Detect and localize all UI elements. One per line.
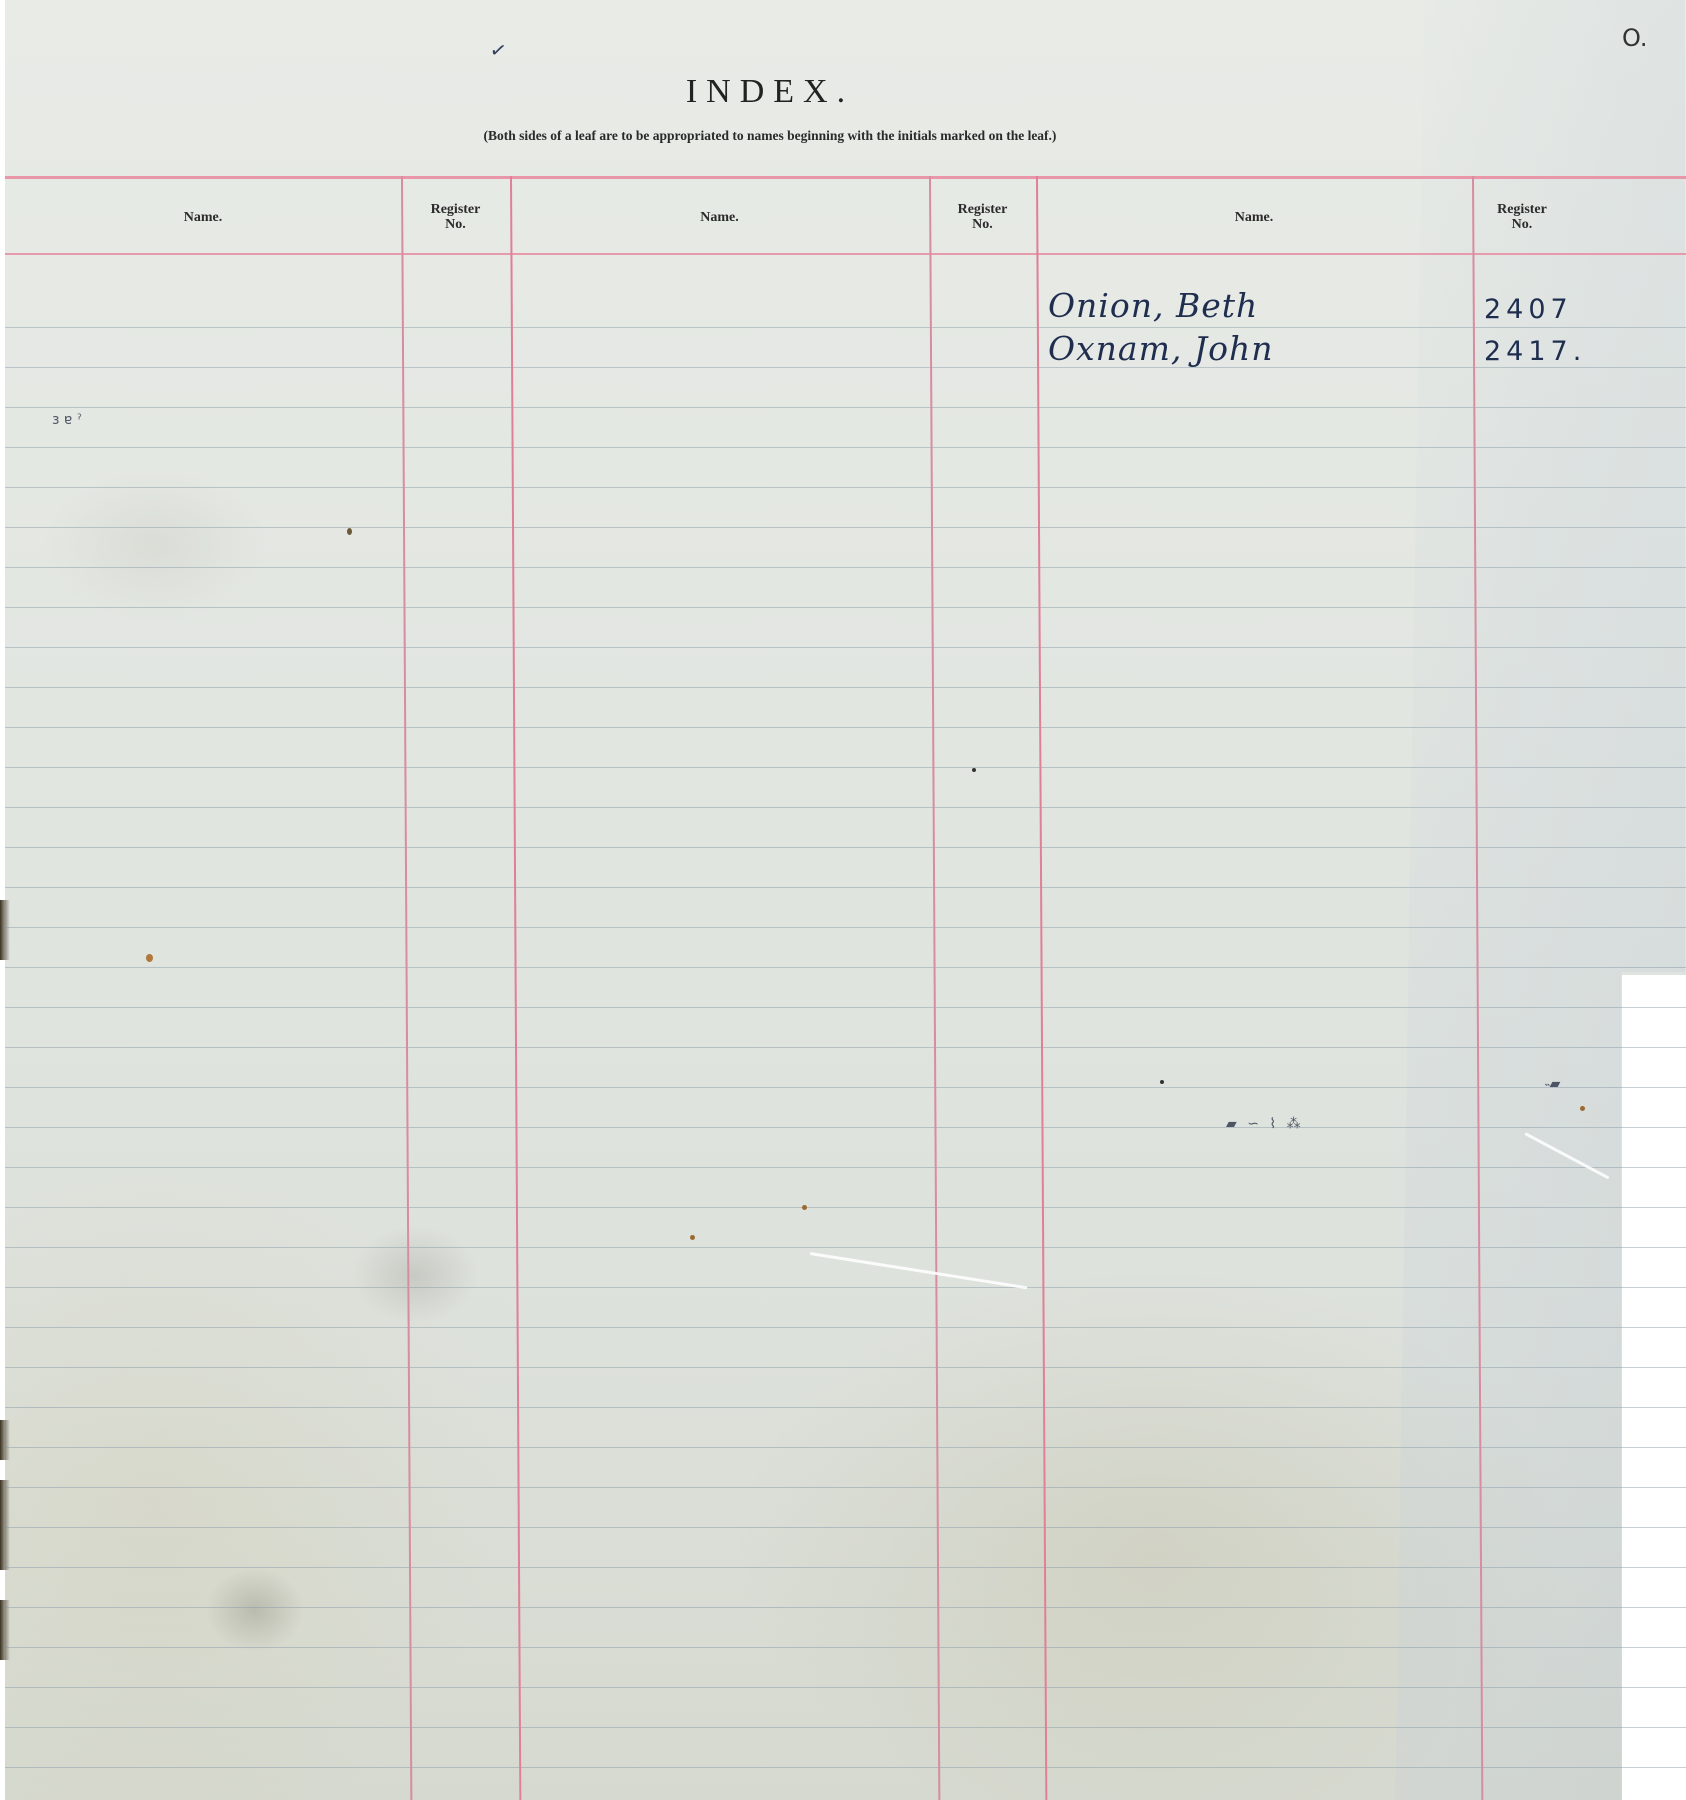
column-header-register-label: Register No.: [958, 202, 1008, 232]
ruled-lines: [5, 288, 1686, 1800]
entry-name: Oxnam, John: [1048, 329, 1273, 368]
rust-spot: [802, 1205, 807, 1210]
column-header-name: Name.: [5, 180, 401, 254]
leaf-initial-mark: O.: [1622, 24, 1648, 52]
rust-spot: [1580, 1106, 1585, 1111]
column-header-name: Name.: [1036, 180, 1472, 254]
rust-spot: [690, 1235, 695, 1240]
ink-speck: [347, 528, 352, 535]
ink-bleed-through: ɜ ɐ ˀ: [52, 412, 82, 428]
ink-speck: [972, 768, 976, 772]
register-label-line2: No.: [445, 217, 466, 232]
column-header-register: Register No.: [929, 180, 1036, 254]
entry-name: Onion, Beth: [1048, 286, 1258, 325]
register-label-line1: Register: [958, 202, 1008, 217]
register-label-line2: No.: [1512, 217, 1533, 232]
register-label-line2: No.: [972, 217, 993, 232]
register-label-line1: Register: [1497, 202, 1547, 217]
column-header-name-label: Name.: [184, 210, 223, 225]
ink-speck: [1160, 1080, 1164, 1084]
column-header-register-label: Register No.: [431, 202, 481, 232]
column-header-name: Name.: [510, 180, 929, 254]
column-header-register: Register No.: [401, 180, 510, 254]
column-header-name-label: Name.: [700, 210, 739, 225]
page-title: INDEX.: [0, 73, 1540, 111]
ink-bleed-through: ▰ ∽ ⌇ ⁂: [1226, 1116, 1304, 1132]
column-header-register: Register No.: [1472, 180, 1572, 254]
entry-register-number: 2407: [1484, 294, 1573, 325]
page-instructions: (Both sides of a leaf are to be appropri…: [0, 128, 1540, 144]
entry-register-number: 2417.: [1484, 336, 1586, 367]
column-header-register-label: Register No.: [1497, 202, 1547, 232]
rust-spot: [146, 954, 153, 962]
header-top-rule: [5, 176, 1686, 179]
column-header-name-label: Name.: [1235, 210, 1274, 225]
ink-bleed-through: ˵▰: [1545, 1075, 1560, 1092]
register-label-line1: Register: [431, 202, 481, 217]
